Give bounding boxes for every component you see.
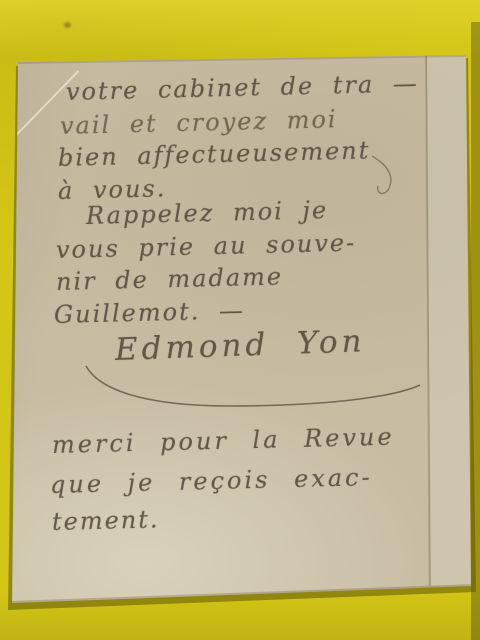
letter-line-8: Guillemot. — bbox=[54, 296, 246, 329]
postscript-line-2: que je reçois exac- bbox=[50, 463, 373, 499]
letter-line-1: votre cabinet de tra — bbox=[66, 69, 420, 106]
handwriting-layer: votre cabinet de tra — vail et croyez mo… bbox=[0, 0, 480, 640]
letter-photograph: votre cabinet de tra — vail et croyez mo… bbox=[0, 0, 480, 640]
signature-flourish-icon bbox=[80, 358, 425, 414]
letter-paper: votre cabinet de tra — vail et croyez mo… bbox=[0, 0, 480, 640]
letter-line-7: nir de madame bbox=[56, 262, 284, 296]
letter-line-6: vous prie au souve- bbox=[56, 229, 357, 264]
postscript-line-3: tement. bbox=[52, 505, 160, 536]
letter-line-2: vail et croyez moi bbox=[60, 105, 338, 140]
letter-line-3: bien affectueusement bbox=[58, 136, 371, 172]
postscript-line-1: merci pour la Revue bbox=[52, 423, 395, 459]
letter-line-5: Rappelez moi je bbox=[86, 196, 329, 230]
background-blemish bbox=[64, 22, 71, 28]
pen-flourish-icon bbox=[368, 152, 412, 198]
